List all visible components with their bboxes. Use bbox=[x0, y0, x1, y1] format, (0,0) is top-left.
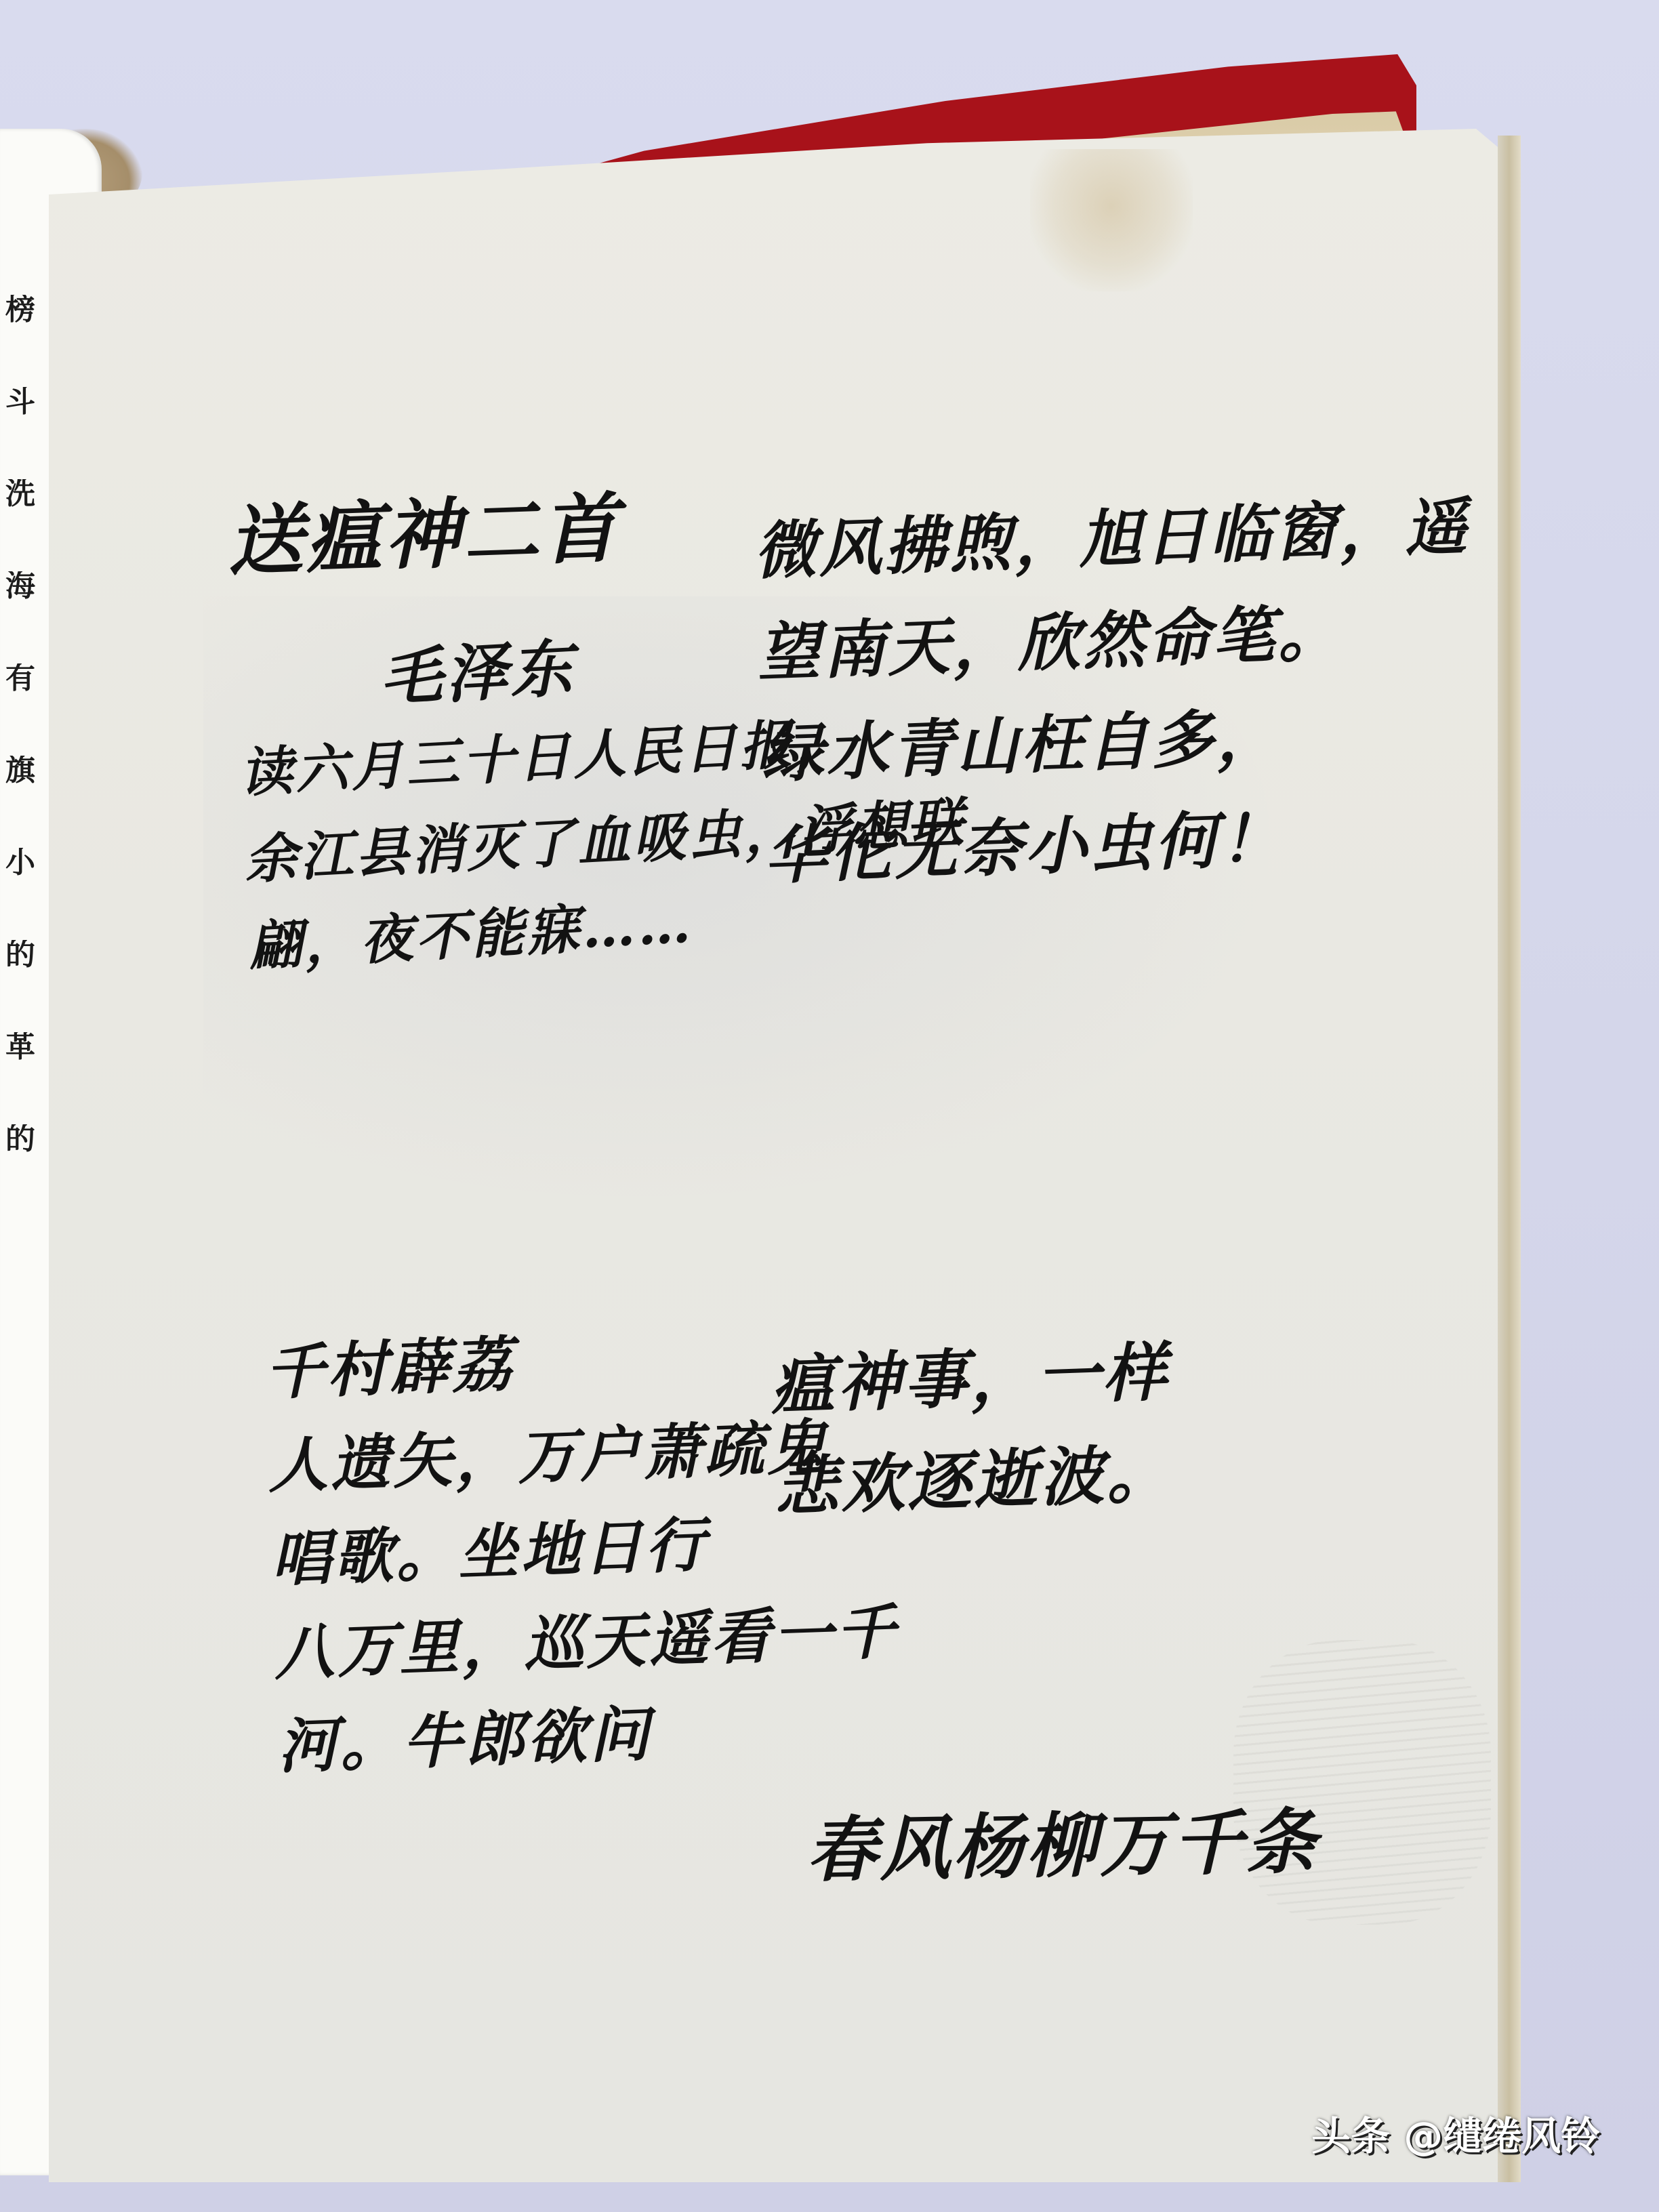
author-signature: 毛泽东 bbox=[377, 619, 577, 718]
left-char: 革 bbox=[5, 1032, 39, 1062]
left-char: 榜 bbox=[5, 295, 39, 325]
left-char: 小 bbox=[5, 848, 39, 878]
watermark: 头条 @缱绻风铃 bbox=[1311, 2104, 1600, 2161]
manuscript-title: 送瘟神二首 bbox=[225, 468, 621, 590]
poem1-top-right-block: 微风拂煦，旭日临窗，遥 望南天，欣然命笔。 绿水青山枉自多， 华佗无奈小虫何！ bbox=[752, 476, 1481, 907]
left-char: 有 bbox=[5, 663, 39, 693]
left-char: 海 bbox=[5, 571, 39, 601]
poem2-first-line: 春风杨柳万千条 bbox=[806, 1784, 1320, 1895]
poem-line: 瘟神事，一样 bbox=[769, 1322, 1171, 1437]
water-stain bbox=[1030, 149, 1193, 291]
poem1-bottom-right-block: 瘟神事，一样 悲欢逐逝波。 bbox=[769, 1322, 1174, 1538]
right-page-fore-edge bbox=[1498, 136, 1521, 2182]
left-char: 的 bbox=[5, 940, 39, 970]
left-char: 斗 bbox=[5, 387, 39, 417]
left-char: 的 bbox=[5, 1124, 39, 1154]
poem-line: 悲欢逐逝波。 bbox=[773, 1423, 1174, 1538]
left-page-text-column: 榜 斗 洗 海 有 旗 小 的 革 的 bbox=[5, 295, 39, 1154]
left-char: 旗 bbox=[5, 756, 39, 785]
left-char: 洗 bbox=[5, 479, 39, 509]
